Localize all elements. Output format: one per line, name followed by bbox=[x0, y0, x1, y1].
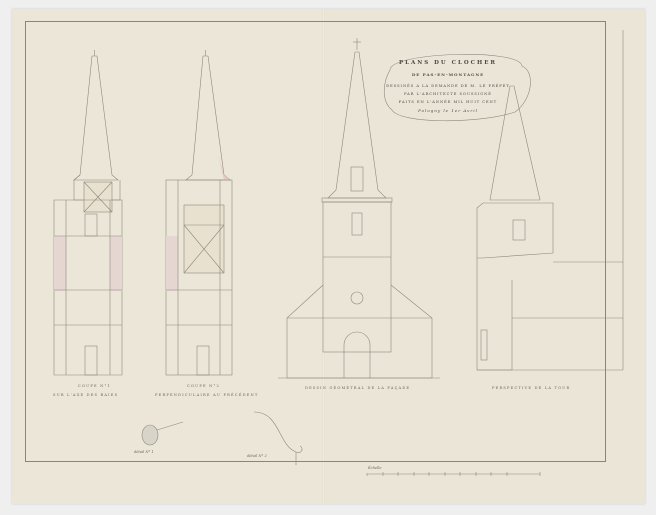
title-line-5: FAITS EN L'ANNÉE MIL HUIT CENT bbox=[383, 100, 513, 104]
detail-2-label: détail N° 2 bbox=[247, 454, 267, 458]
scale-bar bbox=[367, 472, 540, 476]
title-line-1: PLANS DU CLOCHER bbox=[383, 60, 513, 66]
caption-coupe-1-subtitle: SUR L'AXE DES BAIES bbox=[53, 393, 118, 397]
title-line-4: PAR L'ARCHITECTE SOUSSIGNÉ bbox=[383, 92, 513, 96]
caption-perspective: PERSPECTIVE DE LA TOUR bbox=[492, 386, 570, 390]
section-drawing-1 bbox=[54, 50, 122, 375]
scale-bar-label: Échelle bbox=[368, 466, 382, 470]
title-block: PLANS DU CLOCHER DE PAS-EN-MONTAGNE DESS… bbox=[383, 47, 513, 119]
caption-coupe-2-title: COUPE N°2 bbox=[187, 384, 220, 388]
caption-coupe-1-title: COUPE N°1 bbox=[78, 384, 111, 388]
title-line-2: DE PAS-EN-MONTAGNE bbox=[383, 72, 513, 77]
architectural-drawings bbox=[0, 0, 656, 515]
detail-1-wheel bbox=[142, 422, 183, 445]
section-drawing-2 bbox=[166, 50, 232, 375]
caption-facade: DESSIN GÉOMÉTRAL DE LA FAÇADE bbox=[305, 386, 410, 390]
caption-coupe-2-subtitle: PERPENDICULAIRE AU PRÉCÉDENT bbox=[155, 393, 258, 397]
title-line-3: DESSINÉS A LA DEMANDE DE M. LE PRÉFET bbox=[383, 84, 513, 88]
title-signature: Pologny le 1er Avril bbox=[383, 108, 513, 113]
detail-1-label: détail N° 1 bbox=[134, 450, 154, 454]
